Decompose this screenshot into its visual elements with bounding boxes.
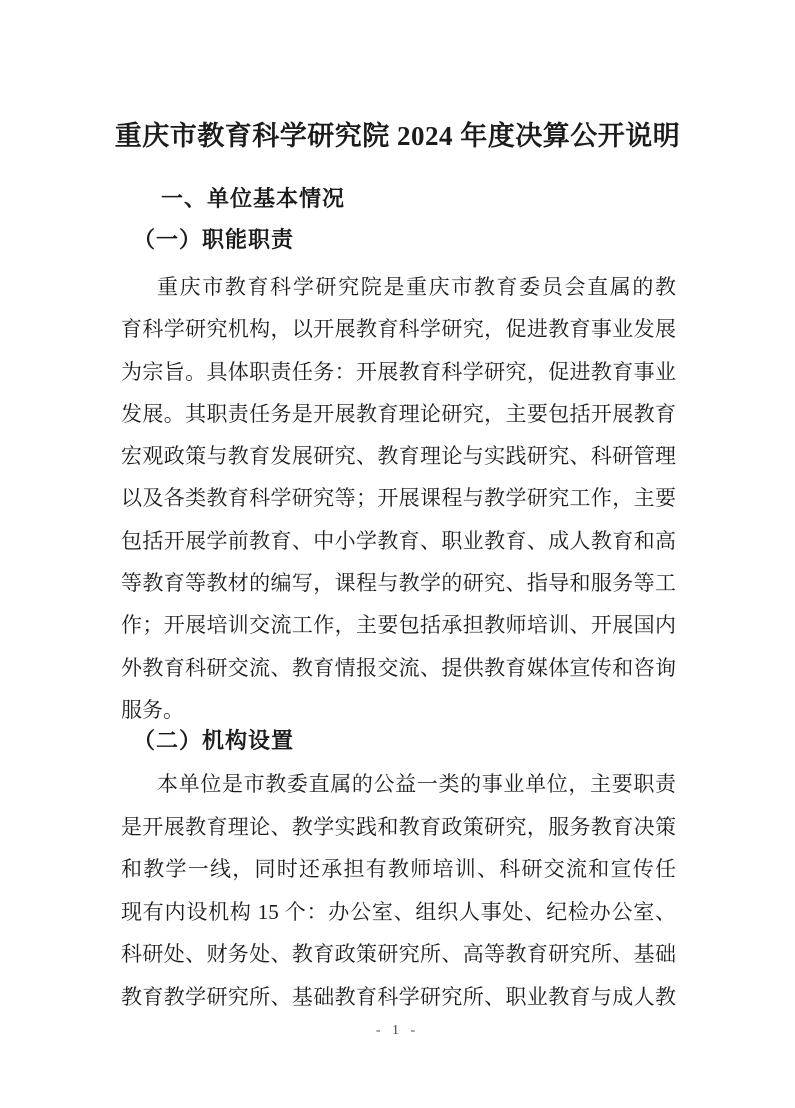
text-line: 为宗旨。具体职责任务：开展教育科学研究，促进教育事业 [121,351,676,393]
subsection-heading-duties: （一）职能职责 [133,225,294,255]
subsection-heading-org-structure: （二）机构设置 [133,726,294,756]
text-line: 服务。 [121,689,676,731]
text-line: 外教育科研交流、教育情报交流、提供教育媒体宣传和咨询 [121,647,676,689]
text-line: 育科学研究机构，以开展教育科学研究，促进教育事业发展 [121,308,676,350]
document-title: 重庆市教育科学研究院 2024 年度决算公开说明 [0,116,795,156]
text-line: 以及各类教育科学研究等；开展课程与教学研究工作，主要 [121,477,676,519]
section-heading-basic-info: 一、单位基本情况 [161,184,345,214]
text-line: 和教学一线，同时还承担有教师培训、科研交流和宣传任务。 [121,848,676,891]
paragraph-duties: 重庆市教育科学研究院是重庆市教育委员会直属的教 育科学研究机构，以开展教育科学研… [121,266,676,731]
text-line: 宏观政策与教育发展研究、教育理论与实践研究、科研管理 [121,435,676,477]
text-line: 本单位是市教委直属的公益一类的事业单位，主要职责 [121,763,676,806]
text-line: 重庆市教育科学研究院是重庆市教育委员会直属的教 [121,266,676,308]
text-line: 是开展教育理论、教学实践和教育政策研究，服务教育决策 [121,806,676,849]
text-line: 教育教学研究所、基础教育科学研究所、职业教育与成人教 [121,976,676,1019]
page-number: - 1 - [0,1021,795,1041]
text-line: 科研处、财务处、教育政策研究所、高等教育研究所、基础 [121,933,676,976]
text-line: 发展。其职责任务是开展教育理论研究，主要包括开展教育 [121,393,676,435]
paragraph-org-structure: 本单位是市教委直属的公益一类的事业单位，主要职责 是开展教育理论、教学实践和教育… [121,763,676,1019]
document-page: 重庆市教育科学研究院 2024 年度决算公开说明 一、单位基本情况 （一）职能职… [0,0,795,1108]
text-line: 包括开展学前教育、中小学教育、职业教育、成人教育和高 [121,520,676,562]
text-line: 现有内设机构 15 个：办公室、组织人事处、纪检办公室、 [121,891,676,934]
text-line: 作；开展培训交流工作，主要包括承担教师培训、开展国内 [121,604,676,646]
text-line: 等教育等教材的编写，课程与教学的研究、指导和服务等工 [121,562,676,604]
